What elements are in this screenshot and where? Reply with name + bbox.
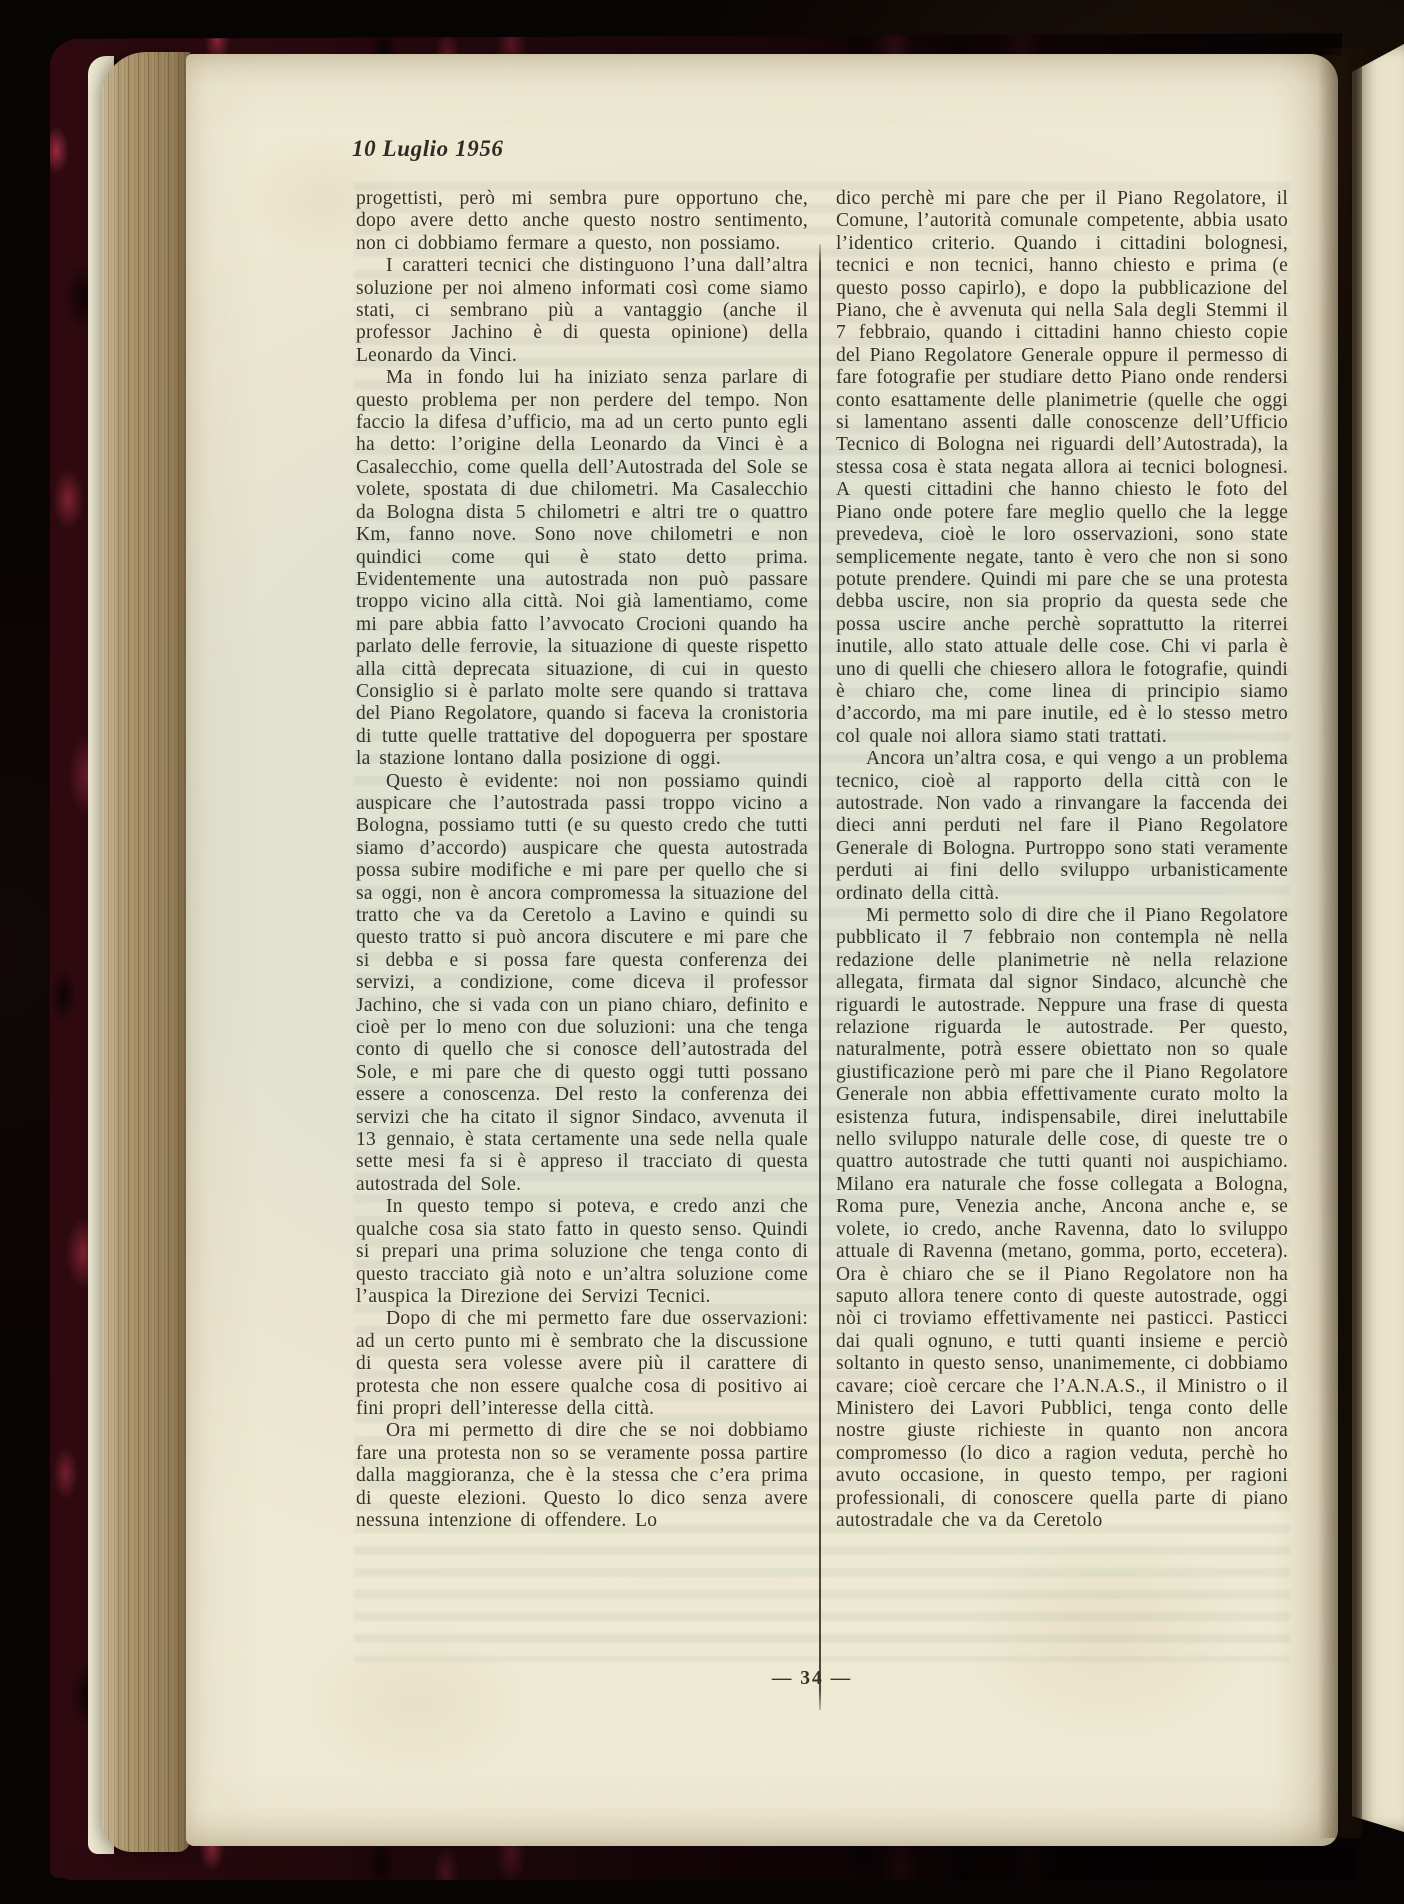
paragraph: Mi permetto solo di dire che il Piano Re… xyxy=(836,905,1288,1532)
paragraph: Dopo di che mi permetto fare due osserva… xyxy=(356,1308,808,1420)
paragraph: progettisti, però mi sembra pure opportu… xyxy=(356,188,808,255)
facing-page-edge xyxy=(1352,44,1404,1832)
book-cover-bottom-edge xyxy=(56,1846,1356,1880)
paragraph: In questo tempo si poteva, e credo anzi … xyxy=(356,1196,808,1308)
paragraph: dico perchè mi pare che per il Piano Reg… xyxy=(836,188,1288,748)
text-columns: progettisti, però mi sembra pure opportu… xyxy=(356,188,1288,1532)
paragraph: Ma in fondo lui ha iniziato senza parlar… xyxy=(356,367,808,770)
page-edge-stack xyxy=(102,52,190,1852)
page-header-date: 10 Luglio 1956 xyxy=(352,136,504,162)
left-column: progettisti, però mi sembra pure opportu… xyxy=(356,188,808,1532)
right-column: dico perchè mi pare che per il Piano Reg… xyxy=(836,188,1288,1532)
paragraph: I caratteri tecnici che distinguono l’un… xyxy=(356,255,808,367)
book-photo-scene: 10 Luglio 1956 progettisti, però mi semb… xyxy=(0,0,1404,1904)
paragraph: Ancora un’altra cosa, e qui vengo a un p… xyxy=(836,748,1288,905)
page-number: — 34 — xyxy=(712,1668,912,1690)
paragraph: Ora mi permetto di dire che se noi dobbi… xyxy=(356,1420,808,1532)
book-page: 10 Luglio 1956 progettisti, però mi semb… xyxy=(186,54,1338,1846)
paragraph: Questo è evidente: noi non possiamo quin… xyxy=(356,771,808,1197)
